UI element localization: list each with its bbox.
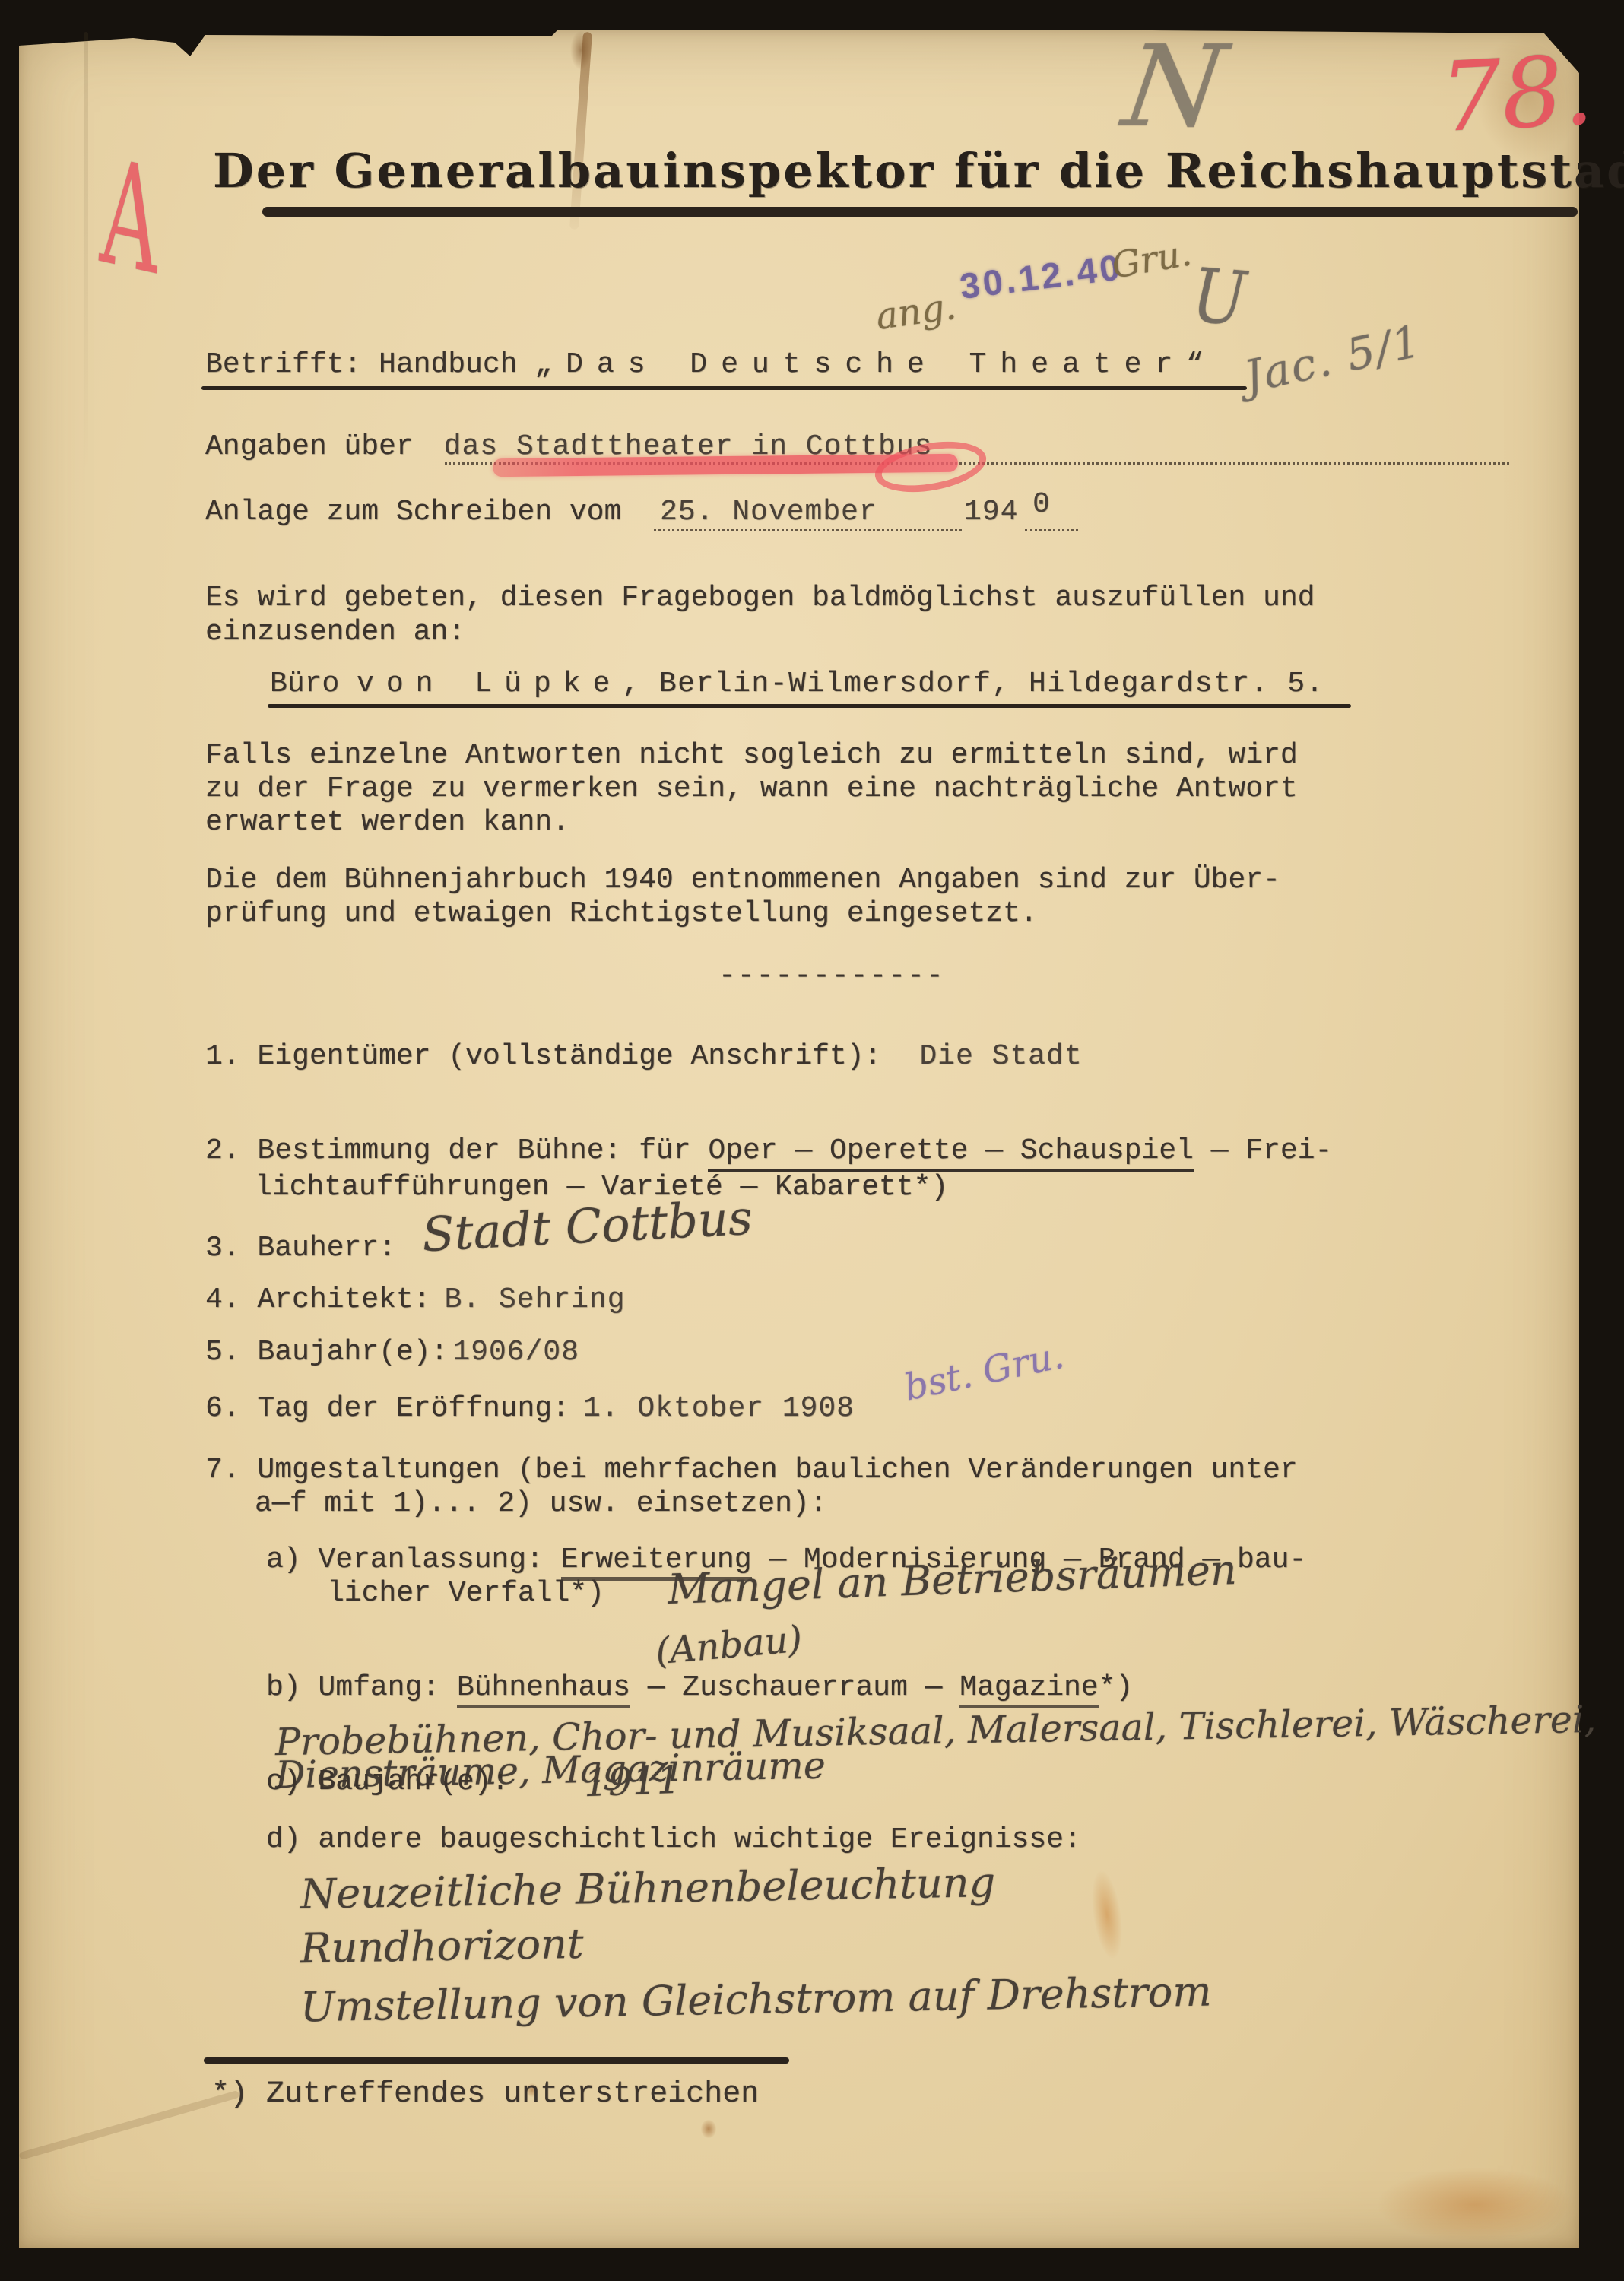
question-7a-line-2: licher Verfall*): [327, 1577, 604, 1610]
scan-background: { "annotations": { "corner_letter": "A",…: [0, 0, 1624, 2281]
enclosure-year: 194: [964, 496, 1018, 529]
question-5-answer: 1906/08: [452, 1336, 579, 1369]
note-delay-line-3: erwartet werden kann.: [205, 806, 569, 839]
question-2-suffix: — Frei-: [1194, 1134, 1332, 1167]
question-7-line-1: 7. Umgestaltungen (bei mehrfachen baulic…: [205, 1454, 1298, 1487]
footnote-text: *) Zutreffendes unterstreichen: [211, 2077, 759, 2112]
question-7d-label: d) andere baugeschichtlich wichtige Erei…: [266, 1823, 1081, 1857]
question-6-label: 6. Tag der Eröffnung:: [205, 1392, 569, 1425]
subject-underline: [201, 386, 1247, 390]
question-7b-prefix: b) Umfang:: [266, 1671, 457, 1704]
footnote-rule: [204, 2057, 789, 2064]
enclosure-dotted-leader-2: [1025, 529, 1078, 531]
question-6-answer: 1. Oktober 1908: [583, 1392, 855, 1425]
question-7d-handwritten-2: Rundhorizont: [300, 1920, 584, 1972]
question-1-label: 1. Eigentümer (vollständige Anschrift):: [205, 1040, 881, 1073]
corner-letter-annotation: A: [97, 128, 165, 307]
separator-dashes: ------------: [718, 960, 945, 993]
question-7c-handwritten: 1911: [583, 1758, 681, 1805]
note-delay-line-1: Falls einzelne Antworten nicht sogleich …: [205, 739, 1298, 772]
question-7c-label: c) Baujahr(e):: [266, 1765, 509, 1799]
address-rest: , Berlin-Wilmersdorf, Hildegardstr. 5.: [622, 668, 1324, 700]
address-spaced-name: von Lüpke: [357, 668, 622, 700]
note-yearbook-line-2: prüfung und etwaigen Richtigstellung ein…: [205, 897, 1038, 931]
note-yearbook-line-1: Die dem Bühnenjahrbuch 1940 entnommenen …: [205, 864, 1280, 897]
question-7a-prefix: a) Veranlassung:: [266, 1543, 561, 1576]
subject-title-spaced: „Das Deutsche Theater“: [534, 348, 1217, 381]
address-line: Büro von Lüpke, Berlin-Wilmersdorf, Hild…: [270, 668, 1324, 701]
enclosure-dotted-leader: [654, 529, 962, 531]
letterhead-title: Der Generalbauinspektor für die Reichsha…: [213, 143, 1624, 198]
question-2-prefix: 2. Bestimmung der Bühne: für: [205, 1134, 708, 1167]
intro-line-1: Es wird gebeten, diesen Fragebogen baldm…: [205, 582, 1315, 615]
enclosure-label: Anlage zum Schreiben vom: [205, 496, 621, 528]
question-7b-underlined-1: Bühnenhaus: [457, 1671, 630, 1708]
address-prefix: Büro: [270, 668, 357, 700]
question-7b-middle: — Zuschauerraum —: [630, 1671, 959, 1704]
question-7-line-2: a—f mit 1)... 2) usw. einsetzen):: [255, 1487, 827, 1521]
subject-line: Betrifft: Handbuch „Das Deutsche Theater…: [205, 348, 1217, 382]
question-6: 6. Tag der Eröffnung:1. Oktober 1908: [205, 1392, 855, 1426]
question-5-label: 5. Baujahr(e):: [205, 1336, 448, 1369]
question-3-label: 3. Bauherr:: [205, 1232, 396, 1265]
question-1: 1. Eigentümer (vollständige Anschrift):D…: [205, 1040, 1083, 1074]
question-7b-line: b) Umfang: Bühnenhaus — Zuschauerraum — …: [266, 1671, 1133, 1705]
question-4: 4. Architekt:B. Sehring: [205, 1283, 626, 1317]
page-number-annotation: 78.: [1438, 34, 1596, 154]
enclosure-line: Anlage zum Schreiben vom: [205, 496, 621, 529]
pencil-n-annotation: N: [1116, 21, 1233, 152]
enclosure-year-digit: 0: [1032, 488, 1051, 522]
question-5: 5. Baujahr(e):1906/08: [205, 1336, 579, 1369]
intro-line-2: einzusenden an:: [205, 616, 465, 649]
question-4-label: 4. Architekt:: [205, 1283, 430, 1316]
subject-prefix: Betrifft: Handbuch: [205, 348, 534, 381]
question-7b-suffix: *): [1099, 1671, 1134, 1704]
question-1-answer: Die Stadt: [919, 1040, 1082, 1073]
question-4-answer: B. Sehring: [444, 1283, 625, 1316]
question-2-underlined-options: Oper — Operette — Schauspiel: [708, 1134, 1194, 1172]
question-2-line-1: 2. Bestimmung der Bühne: für Oper — Oper…: [205, 1134, 1332, 1168]
address-underline: [268, 704, 1351, 708]
pencil-u-annotation: U: [1190, 252, 1248, 343]
note-delay-line-2: zu der Frage zu vermerken sein, wann ein…: [205, 772, 1298, 806]
question-7b-underlined-2: Magazine: [959, 1671, 1098, 1708]
enclosure-date-value: 25. November: [660, 496, 877, 529]
about-label: Angaben über: [205, 430, 414, 463]
letterhead-rule: [262, 207, 1578, 217]
